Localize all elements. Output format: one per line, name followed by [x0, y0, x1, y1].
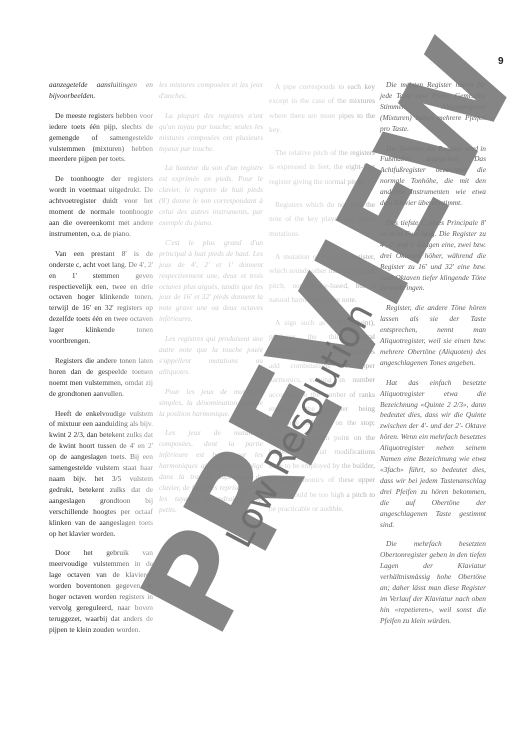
column-english: A pipe corresponds to each key except in… — [269, 80, 375, 525]
paragraph: A mutation or overtone register, which s… — [269, 250, 375, 307]
paragraph: Registers which do not give the note of … — [269, 198, 375, 241]
paragraph: Van een prestant 8' is de onderste c, ac… — [49, 249, 153, 347]
paragraph: Hat das einfach besetzte Aliquotregister… — [380, 378, 486, 531]
paragraph: De toonhoogte der registers wordt in voe… — [49, 174, 153, 239]
column-german: Die meisten Register haben für jede Tast… — [380, 80, 486, 636]
paragraph: The relative pitch of the registers is e… — [269, 146, 375, 189]
paragraph: Das tiefste C eines Principale 8' ist ac… — [380, 218, 486, 294]
paragraph: Registers die andere tonen laten horen d… — [49, 356, 153, 400]
paragraph: Pour les jeux de mutations simples, la d… — [159, 387, 263, 420]
paragraph: les mixtures composées et les jeux d'anc… — [159, 80, 263, 102]
paragraph: La hauteur du son d'un registre est expr… — [159, 163, 263, 228]
paragraph: Die meisten Register haben für jede Tast… — [380, 80, 486, 135]
paragraph: C'est le plus grand d'un principal à hui… — [159, 238, 263, 325]
paragraph: Les jeux de mutations composées, dont la… — [159, 428, 263, 515]
paragraph: Heeft de enkelvoudige vulstem of mixtuur… — [49, 409, 153, 540]
column-dutch: aanzegetelde aansluitingen en bijvoorbee… — [49, 80, 153, 645]
paragraph: A pipe corresponds to each key except in… — [269, 80, 375, 137]
paragraph: A sign such as 2 2/3 (Quint), produces t… — [269, 316, 375, 516]
paragraph: Die Tonhöhe der Register wird in Fußmaße… — [380, 144, 486, 209]
paragraph: La plupart des registres n'ont qu'un tuy… — [159, 111, 263, 155]
paragraph: Register, die andere Töne hören lassen a… — [380, 303, 486, 368]
page-number: 9 — [498, 56, 504, 67]
paragraph: aanzegetelde aansluitingen en bijvoorbee… — [49, 80, 153, 102]
paragraph: Door het gebruik van meervoudige vulstem… — [49, 548, 153, 635]
paragraph: De meeste registers hebben voor iedere t… — [49, 111, 153, 166]
paragraph: Les registres qui produisent une autre n… — [159, 334, 263, 378]
column-french: les mixtures composées et les jeux d'anc… — [159, 80, 263, 525]
paragraph: Die mehrfach besetzten Obertonregister g… — [380, 539, 486, 626]
